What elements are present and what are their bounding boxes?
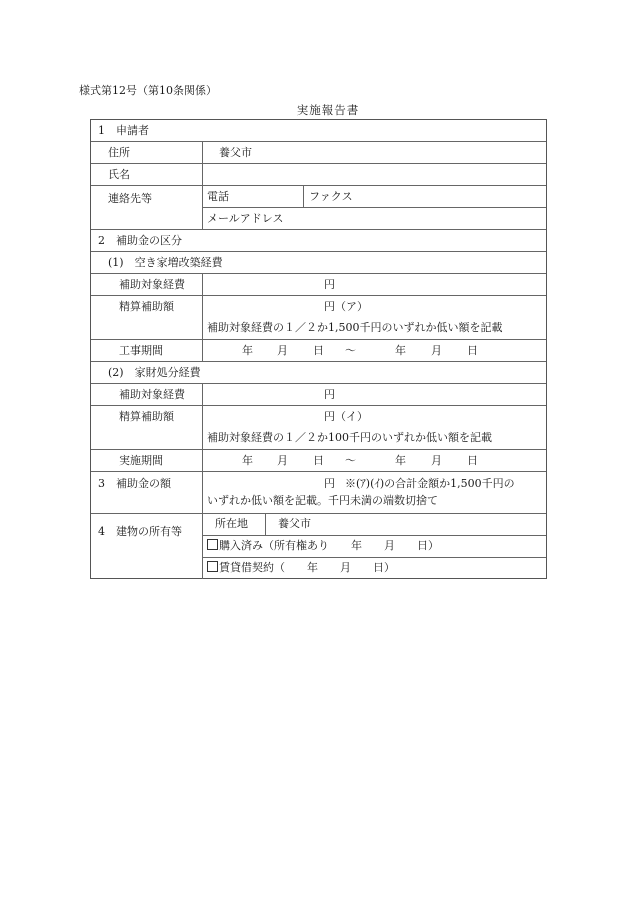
row-divider [91, 185, 546, 186]
implementation-start-month[interactable]: 月 [277, 454, 288, 468]
period-tilde: ～ [345, 454, 356, 468]
renovation-target-cost-field[interactable]: 円 [324, 278, 335, 292]
row-divider [91, 229, 546, 230]
row-divider [91, 251, 546, 252]
implementation-period-label: 実施期間 [119, 454, 163, 468]
section-3-heading: 3 補助金の額 [98, 477, 171, 491]
lease-checkbox[interactable] [207, 561, 218, 572]
construction-end-year[interactable]: 年 [395, 344, 406, 358]
lease-option[interactable]: 賃貸借契約（ 年 月 日） [207, 561, 395, 575]
row-divider [91, 163, 546, 164]
report-form-table: 1 申請者 住所 養父市 氏名 連絡先等 電話 ファクス メールアドレス 2 補… [90, 119, 547, 579]
renovation-settled-label: 精算補助額 [119, 300, 174, 314]
fax-field[interactable]: ファクス [309, 190, 353, 204]
row-divider [91, 513, 546, 514]
name-label: 氏名 [108, 168, 130, 182]
construction-start-day[interactable]: 日 [313, 344, 324, 358]
section-4-heading: 4 建物の所有等 [98, 525, 182, 539]
form-number: 様式第12号（第10条関係） [79, 82, 217, 98]
column-divider [265, 513, 266, 535]
implementation-end-year[interactable]: 年 [395, 454, 406, 468]
subsection-1-heading: (1) 空き家増改築経費 [108, 256, 223, 270]
row-divider [202, 535, 546, 536]
address-field[interactable]: 養父市 [219, 146, 252, 160]
renovation-target-cost-label: 補助対象経費 [119, 278, 185, 292]
column-divider [202, 471, 203, 579]
implementation-end-day[interactable]: 日 [467, 454, 478, 468]
implementation-start-year[interactable]: 年 [242, 454, 253, 468]
row-divider [91, 339, 546, 340]
subsidy-amount-field[interactable]: 円 [324, 477, 335, 491]
location-label: 所在地 [215, 517, 248, 531]
column-divider [202, 141, 203, 229]
phone-field[interactable]: 電話 [207, 190, 229, 204]
column-divider [202, 383, 203, 471]
implementation-start-day[interactable]: 日 [313, 454, 324, 468]
row-divider [91, 361, 546, 362]
disposal-target-cost-field[interactable]: 円 [324, 388, 335, 402]
email-field[interactable]: メールアドレス [207, 212, 283, 226]
purchased-option[interactable]: 購入済み（所有権あり 年 月 日） [207, 539, 439, 553]
row-divider [202, 207, 546, 208]
column-divider [303, 185, 304, 207]
subsidy-amount-note-2: いずれか低い額を記載。千円未満の端数切捨て [207, 494, 438, 508]
construction-start-year[interactable]: 年 [242, 344, 253, 358]
row-divider [91, 405, 546, 406]
address-label: 住所 [108, 146, 130, 160]
disposal-settled-field[interactable]: 円（イ） [324, 410, 368, 424]
implementation-end-month[interactable]: 月 [431, 454, 442, 468]
renovation-settled-note: 補助対象経費の１／２か1,500千円のいずれか低い額を記載 [207, 321, 503, 335]
disposal-target-cost-label: 補助対象経費 [119, 388, 185, 402]
document-title: 実施報告書 [0, 102, 630, 118]
section-1-heading: 1 申請者 [98, 124, 149, 138]
row-divider [91, 295, 546, 296]
construction-end-day[interactable]: 日 [467, 344, 478, 358]
construction-end-month[interactable]: 月 [431, 344, 442, 358]
column-divider [202, 273, 203, 361]
row-divider [91, 383, 546, 384]
renovation-settled-field[interactable]: 円（ア） [324, 300, 368, 314]
disposal-settled-label: 精算補助額 [119, 410, 174, 424]
row-divider [91, 273, 546, 274]
row-divider [91, 471, 546, 472]
subsidy-amount-note-1: ※(ｱ)(ｲ)の合計金額か1,500千円の [345, 477, 515, 491]
disposal-settled-note: 補助対象経費の１／２か100千円のいずれか低い額を記載 [207, 431, 492, 445]
construction-start-month[interactable]: 月 [277, 344, 288, 358]
construction-period-label: 工事期間 [119, 344, 163, 358]
contact-label: 連絡先等 [108, 192, 152, 206]
row-divider [91, 449, 546, 450]
row-divider [202, 557, 546, 558]
subsection-2-heading: (2) 家財処分経費 [108, 366, 201, 380]
name-field[interactable] [205, 166, 543, 184]
row-divider [91, 141, 546, 142]
location-field[interactable]: 養父市 [278, 517, 311, 531]
period-tilde: ～ [345, 344, 356, 358]
purchased-checkbox[interactable] [207, 539, 218, 550]
section-2-heading: 2 補助金の区分 [98, 234, 182, 248]
